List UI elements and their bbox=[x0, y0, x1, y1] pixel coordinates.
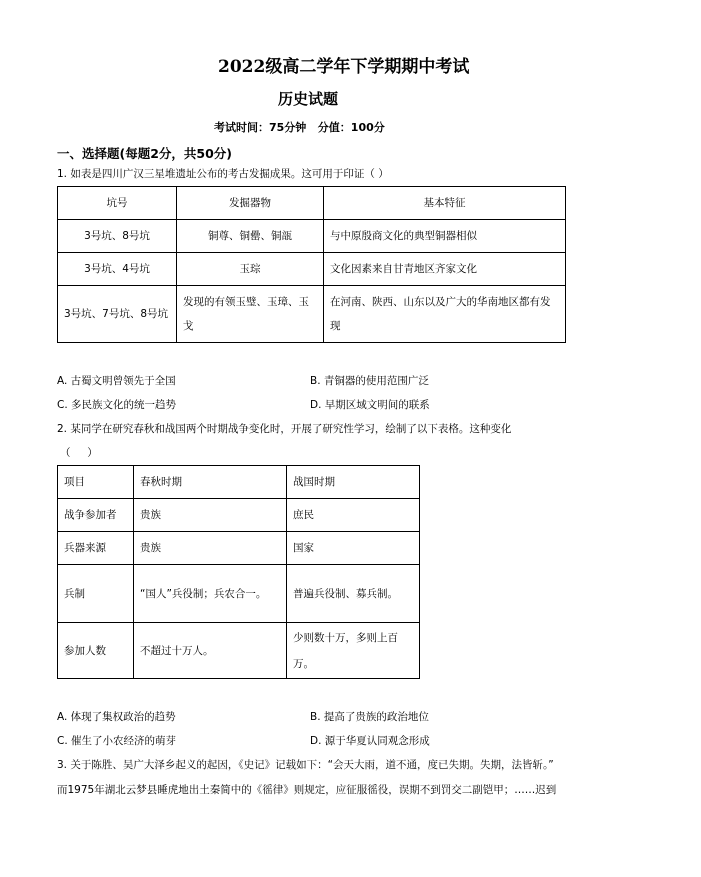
table-cell: “国人”兵役制；兵农合一。 bbox=[134, 565, 287, 623]
table-cell: 庶民 bbox=[287, 499, 420, 532]
table-cell: 贵族 bbox=[134, 532, 287, 565]
table-cell: 铜尊、铜罍、铜瓿 bbox=[177, 220, 324, 253]
table-row: 3号坑、4号坑 玉琮 文化因素来自甘青地区齐家文化 bbox=[58, 253, 566, 286]
table-header-cell: 项目 bbox=[58, 466, 134, 499]
exam-subject: 历史试题 bbox=[278, 88, 338, 109]
table-cell: 贵族 bbox=[134, 499, 287, 532]
table-row: 战争参加者 贵族 庶民 bbox=[58, 499, 420, 532]
question-2-option-b[interactable]: B. 提高了贵族的政治地位 bbox=[310, 709, 429, 724]
table-row: 兵器来源 贵族 国家 bbox=[58, 532, 420, 565]
table-cell: 参加人数 bbox=[58, 623, 134, 679]
table-header-cell: 春秋时期 bbox=[134, 466, 287, 499]
table-header-cell: 战国时期 bbox=[287, 466, 420, 499]
table-row: 兵制 “国人”兵役制；兵农合一。 普遍兵役制、募兵制。 bbox=[58, 565, 420, 623]
table-header-cell: 坑号 bbox=[58, 187, 177, 220]
question-2-stem: 2. 某同学在研究春秋和战国两个时期战争变化时，开展了研究性学习，绘制了以下表格… bbox=[57, 421, 511, 436]
section-heading: 一、选择题(每题2分，共50分) bbox=[57, 144, 232, 162]
table-header-row: 坑号 发掘器物 基本特征 bbox=[58, 187, 566, 220]
table-cell: 发现的有领玉璧、玉璋、玉戈 bbox=[177, 286, 324, 343]
exam-info: 考试时间：75分钟 分值：100分 bbox=[214, 119, 385, 135]
table-cell: 玉琮 bbox=[177, 253, 324, 286]
question-1-stem: 1. 如表是四川广汉三星堆遗址公布的考古发掘成果。这可用于印证（ ） bbox=[57, 166, 389, 181]
question-1-option-b[interactable]: B. 青铜器的使用范围广泛 bbox=[310, 373, 429, 388]
question-2-option-d[interactable]: D. 源于华夏认同观念形成 bbox=[310, 733, 430, 748]
table-cell: 普遍兵役制、募兵制。 bbox=[287, 565, 420, 623]
question-1-option-a[interactable]: A. 古蜀文明曾领先于全国 bbox=[57, 373, 176, 388]
table-row: 参加人数 不超过十万人。 少则数十万，多则上百万。 bbox=[58, 623, 420, 679]
question-3-stem-continued: 而1975年湖北云梦县睡虎地出土秦简中的《徭律》则规定，应征服徭役，误期不到罚交… bbox=[57, 782, 697, 797]
table-cell: 文化因素来自甘青地区齐家文化 bbox=[324, 253, 566, 286]
table-cell: 3号坑、4号坑 bbox=[58, 253, 177, 286]
table-cell: 在河南、陕西、山东以及广大的华南地区都有发现 bbox=[324, 286, 566, 343]
table-cell: 兵制 bbox=[58, 565, 134, 623]
table-header-cell: 基本特征 bbox=[324, 187, 566, 220]
question-2-stem-bracket: （ ） bbox=[60, 445, 98, 460]
table-cell: 少则数十万，多则上百万。 bbox=[287, 623, 420, 679]
table-header-cell: 发掘器物 bbox=[177, 187, 324, 220]
question-2-option-a[interactable]: A. 体现了集权政治的趋势 bbox=[57, 709, 176, 724]
table-cell: 国家 bbox=[287, 532, 420, 565]
table-header-row: 项目 春秋时期 战国时期 bbox=[58, 466, 420, 499]
table-row: 3号坑、7号坑、8号坑 发现的有领玉璧、玉璋、玉戈 在河南、陕西、山东以及广大的… bbox=[58, 286, 566, 343]
table-cell: 不超过十万人。 bbox=[134, 623, 287, 679]
table-cell: 与中原殷商文化的典型铜器相似 bbox=[324, 220, 566, 253]
question-3-stem: 3. 关于陈胜、吴广大泽乡起义的起因，《史记》记载如下：“会天大雨，道不通，度已… bbox=[57, 757, 697, 772]
question-1-option-d[interactable]: D. 早期区域文明间的联系 bbox=[310, 397, 430, 412]
table-cell: 3号坑、8号坑 bbox=[58, 220, 177, 253]
table-cell: 3号坑、7号坑、8号坑 bbox=[58, 286, 177, 343]
exam-title: 2022级高二学年下学期期中考试 bbox=[218, 52, 469, 77]
table-row: 3号坑、8号坑 铜尊、铜罍、铜瓿 与中原殷商文化的典型铜器相似 bbox=[58, 220, 566, 253]
question-2-option-c[interactable]: C. 催生了小农经济的萌芽 bbox=[57, 733, 176, 748]
table-cell: 战争参加者 bbox=[58, 499, 134, 532]
table-cell: 兵器来源 bbox=[58, 532, 134, 565]
question-1-table: 坑号 发掘器物 基本特征 3号坑、8号坑 铜尊、铜罍、铜瓿 与中原殷商文化的典型… bbox=[57, 186, 566, 343]
question-1-option-c[interactable]: C. 多民族文化的统一趋势 bbox=[57, 397, 176, 412]
question-2-table: 项目 春秋时期 战国时期 战争参加者 贵族 庶民 兵器来源 贵族 国家 兵制 “… bbox=[57, 465, 420, 679]
